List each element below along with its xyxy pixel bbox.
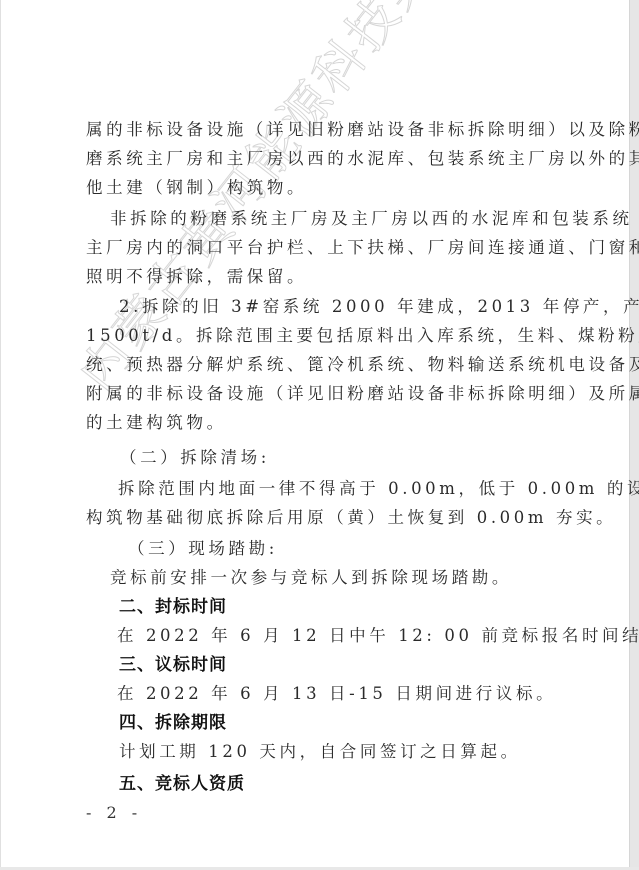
subsection-heading: （三）现场踏勘: [128, 538, 278, 560]
paragraph-line: 统、预热器分解炉系统、篦冷机系统、物料输送系统机电设备及 [86, 354, 639, 376]
section-heading: 三、议标时间 [119, 654, 227, 676]
paragraph-line: 2.拆除的旧 3#窑系统 2000 年建成，2013 年停产，产能 [119, 296, 639, 318]
paragraph-line: 竞标前安排一次参与竞标人到拆除现场踏勘。 [110, 567, 512, 589]
paragraph-line: 磨系统主厂房和主厂房以西的水泥库、包装系统主厂房以外的其 [86, 148, 639, 170]
paragraph-line: 构筑物基础彻底拆除后用原（黄）土恢复到 0.00m 夯实。 [86, 507, 616, 529]
subsection-heading: （二）拆除清场: [120, 447, 270, 469]
paragraph-line: 主厂房内的洞口平台护栏、上下扶梯、厂房间连接通道、门窗和 [86, 237, 639, 259]
paragraph-line: 拆除范围内地面一律不得高于 0.00m，低于 0.00m 的设备和 [118, 478, 639, 500]
section-heading: 四、拆除期限 [119, 712, 227, 734]
page-left-edge [0, 0, 1, 870]
paragraph-line: 照明不得拆除，需保留。 [86, 266, 307, 288]
paragraph-line: 他土建（钢制）构筑物。 [86, 177, 307, 199]
paragraph-line: 在 2022 年 6 月 13 日-15 日期间进行议标。 [117, 683, 556, 705]
paragraph-line: 非拆除的粉磨系统主厂房及主厂房以西的水泥库和包装系统 [110, 208, 633, 230]
paragraph-line: 计划工期 120 天内，自合同签订之日算起。 [119, 741, 521, 763]
section-heading: 五、竞标人资质 [119, 773, 245, 795]
paragraph-line: 属的非标设备设施（详见旧粉磨站设备非标拆除明细）以及除粉 [86, 119, 639, 141]
page-number: - 2 - [86, 803, 142, 822]
paragraph-line: 在 2022 年 6 月 12 日中午 12: 00 前竞标报名时间结束。 [117, 625, 639, 647]
paragraph-line: 的土建构筑物。 [86, 412, 227, 434]
paragraph-line: 附属的非标设备设施（详见旧粉磨站设备非标拆除明细）及所属 [86, 383, 639, 405]
section-heading: 二、封标时间 [119, 596, 227, 618]
paragraph-line: 1500t/d。拆除范围主要包括原料出入库系统，生料、煤粉粉磨系 [86, 325, 639, 347]
